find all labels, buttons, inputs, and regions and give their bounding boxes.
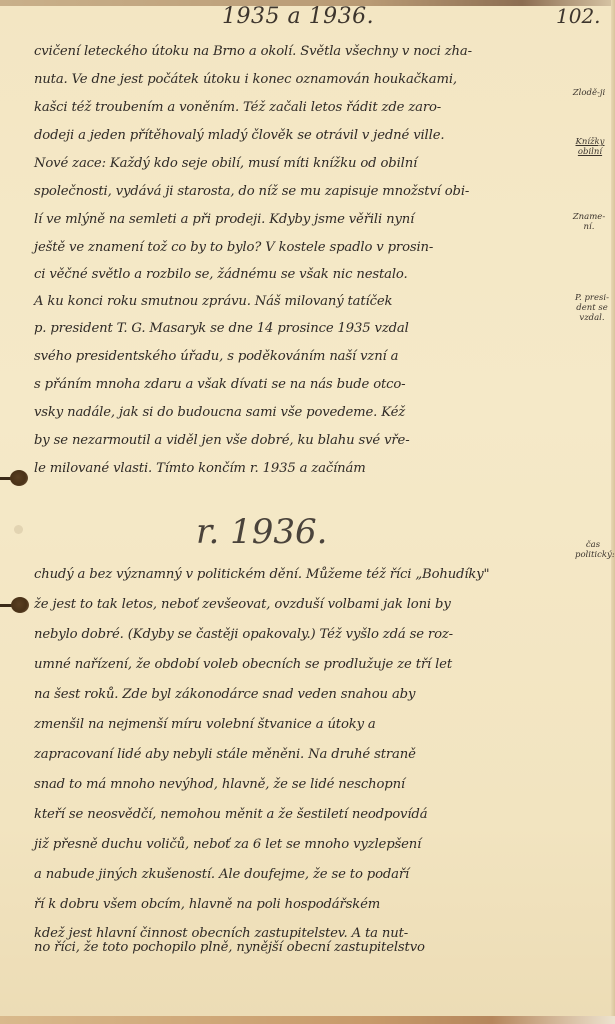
text-line: no říci, že toto pochopilo plně, nynější… [34,940,425,955]
text-line: lí ve mlýně na semleti a při prodeji. Kd… [34,212,414,227]
text-line: zapracovaní lidé aby nebyli stále měněni… [34,747,416,762]
text-line: umné nařízení, že období voleb obecních … [34,657,452,672]
text-line: chudý a bez významný v politickém dění. … [34,567,489,582]
text-line: p. president T. G. Masaryk se dne 14 pro… [34,321,409,336]
section-heading-1936: r. 1936. [196,512,327,552]
text-line: na šest roků. Zde byl zákonodárce snad v… [34,687,415,702]
text-line: kašci též troubením a voněním. Též začal… [34,100,441,115]
text-line: nuta. Ve dne jest počátek útoku i konec … [34,72,457,87]
margin-note-omens: Zname-ní. [569,212,609,232]
chronicle-page: 1935 a 1936. 102. cvičení leteckého útok… [0,0,615,1024]
text-line: le milované vlasti. Tímto končím r. 1935… [34,461,366,476]
text-line: ještě ve znamení tož co by to bylo? V ko… [34,240,433,255]
text-line: společnosti, vydává ji starosta, do níž … [34,184,469,199]
paper-stain [14,525,23,534]
text-line: Nové zace: Každý kdo seje obilí, musí mí… [34,156,417,171]
margin-note-political: čas politický: [575,540,611,560]
binding-hole [11,597,29,613]
text-line: vsky nadále, jak si do budoucna sami vše… [34,405,405,420]
text-line: svého presidentského úřadu, s poděkování… [34,349,398,364]
text-line: kteří se neosvědčí, nemohou měnit a že š… [34,807,427,822]
text-line: ří k dobru všem obcím, hlavně na poli ho… [34,897,380,912]
text-line: dodeji a jeden přítěhovalý mladý člověk … [34,128,444,143]
text-line: že jest to tak letos, neboť zevšeovat, o… [34,597,451,612]
page-header-title: 1935 a 1936. [222,4,374,29]
binding-hole [10,470,28,486]
text-line: kdež jest hlavní činnost obecních zastup… [34,926,408,941]
text-line: ci věčné světlo a rozbilo se, žádnému se… [34,267,408,282]
page-number: 102. [556,4,601,28]
text-line: a nabude jiných zkušeností. Ale doufejme… [34,867,409,882]
text-line: cvičení leteckého útoku na Brno a okolí.… [34,44,472,59]
text-line: snad to má mnoho nevýhod, hlavně, že se … [34,777,405,792]
margin-note-thieves: Zlodě-ji [569,88,609,98]
text-line: již přesně duchu voličů, neboť za 6 let … [34,837,421,852]
text-line: zmenšil na nejmenší míru volební štvanic… [34,717,376,732]
page-right-edge [611,0,615,1024]
page-bottom-edge [0,1016,615,1024]
text-line: s přáním mnoha zdaru a však dívati se na… [34,377,405,392]
text-line: by se nezarmoutil a viděl jen vše dobré,… [34,433,410,448]
text-line: nebylo dobré. (Kdyby se častěji opakoval… [34,627,453,642]
margin-note-president: P. presi-dent se vzdal. [574,293,610,323]
margin-note-grain-books: Knížky obilní [570,137,610,157]
text-line: A ku konci roku smutnou zprávu. Náš milo… [34,294,392,309]
